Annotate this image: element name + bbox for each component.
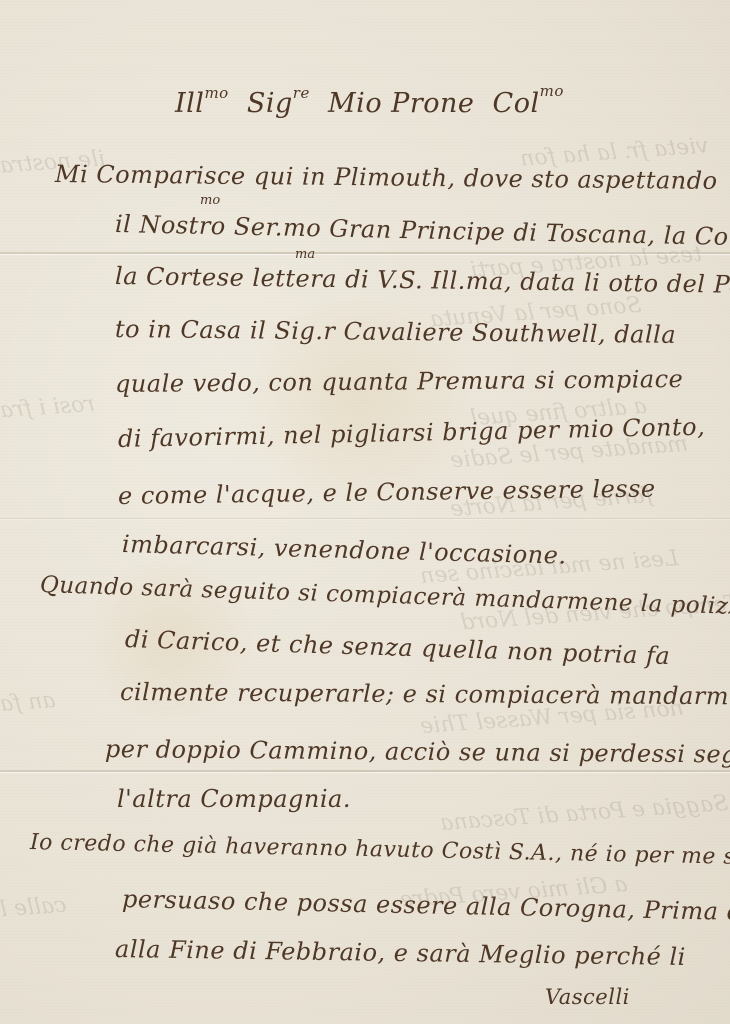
letter-line: e come l'acque, e le Conserve essere les… xyxy=(118,474,656,510)
superscript: re xyxy=(293,84,310,102)
letter-line: Io credo che già haveranno havuto Costì … xyxy=(30,830,730,870)
letter-line: per doppio Cammino, acciò se una si perd… xyxy=(105,735,730,769)
letter-line: il Nostro Ser.mo Gran Principe di Toscan… xyxy=(115,210,730,252)
letter-line: cilmente recuperarle; e si compiacerà ma… xyxy=(120,678,730,711)
letter-line: la Cortese lettera di V.S. Ill.ma, data … xyxy=(115,262,730,299)
bleed-through-text: la Saggia e Porta di Toscana xyxy=(440,789,730,836)
superscript: mo xyxy=(540,82,564,100)
salutation: Illmo Sigre Mio Prone Colmo xyxy=(175,88,564,119)
superscript: ma xyxy=(295,247,315,262)
paper-fold-line xyxy=(0,518,730,519)
letter-page: vieta fr. la ha fon tese la nostra e par… xyxy=(0,0,730,1024)
superscript: mo xyxy=(204,84,228,102)
letter-line: Mi Comparisce qui in Plimouth, dove sto … xyxy=(55,160,718,195)
letter-line: l'altra Compagnia. xyxy=(117,785,351,813)
superscript: mo xyxy=(200,193,220,208)
bleed-through-text: an fa xyxy=(0,688,56,717)
salutation-part: Mio Prone xyxy=(328,88,474,119)
salutation-part: Col xyxy=(493,88,540,119)
bleed-through-text: rosi i fra xyxy=(0,392,96,424)
bleed-through-text: calle l xyxy=(0,893,67,923)
catchword: Vascelli xyxy=(545,985,630,1009)
paper-fold-line xyxy=(0,252,730,254)
paper-fold-line xyxy=(0,770,730,772)
letter-line: alla Fine di Febbraio, e sarà Meglio per… xyxy=(115,935,686,971)
salutation-part: Ill xyxy=(175,88,204,119)
letter-line: quale vedo, con quanta Premura si compia… xyxy=(115,365,684,398)
salutation-part: Sig xyxy=(247,88,293,119)
letter-line: persuaso che possa essere alla Corogna, … xyxy=(122,885,730,927)
letter-line: to in Casa il Sig.r Cavaliere Southwell,… xyxy=(115,315,676,349)
